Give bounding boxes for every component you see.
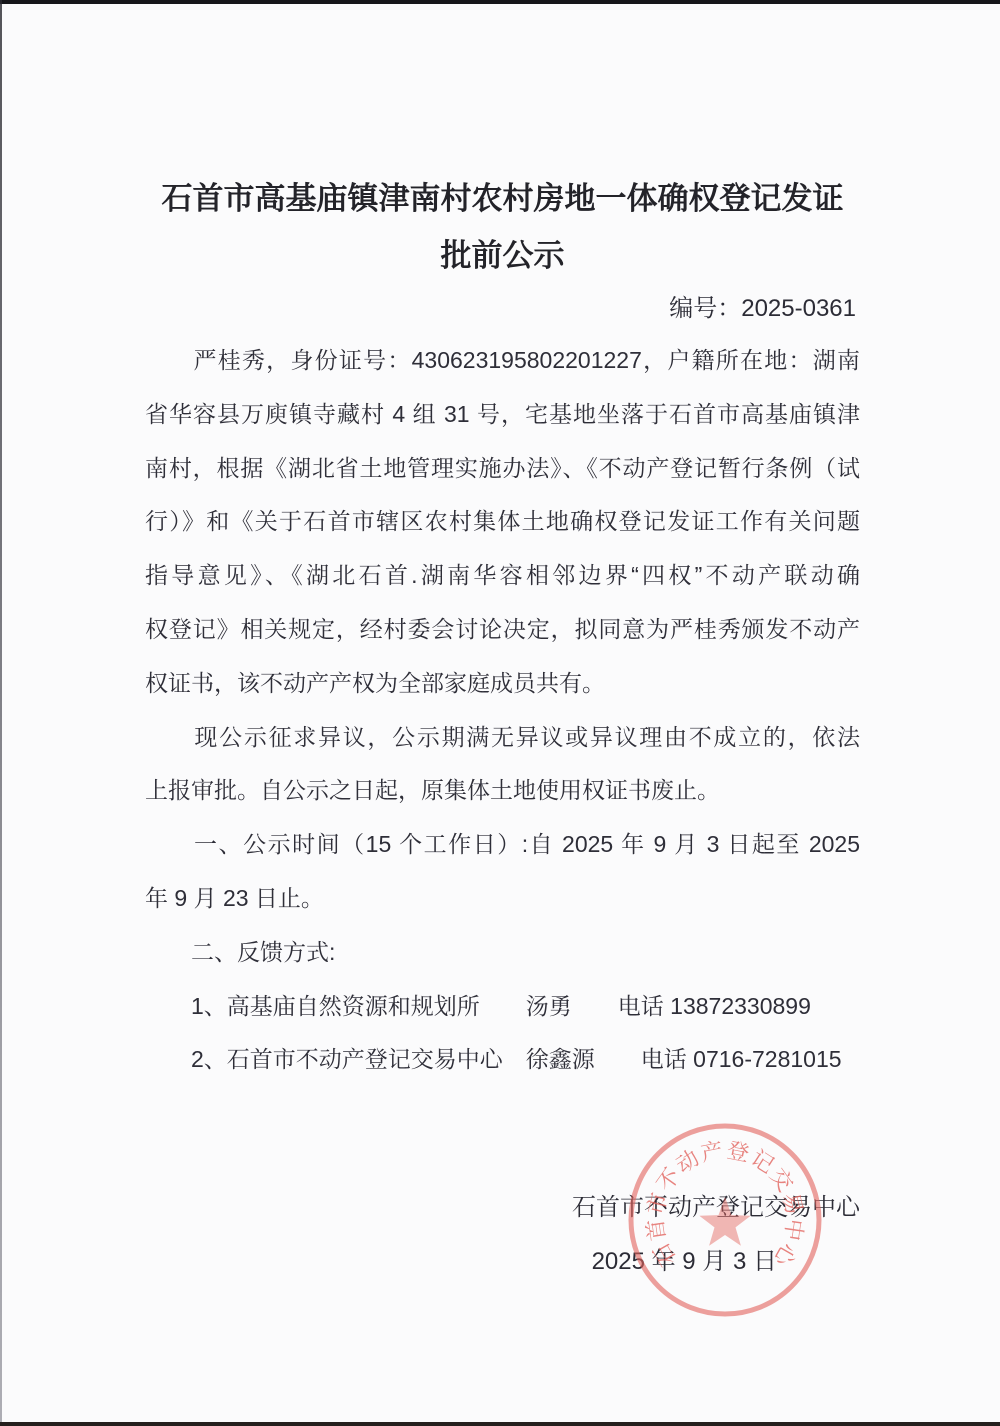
body-line: 一、公示时间（15 个工作日）:自 2025 年 9 月 3 日起至 2025 — [145, 818, 860, 872]
title-line-2: 批前公示 — [145, 227, 860, 284]
scan-edge-bottom — [0, 1422, 1000, 1426]
serial-number: 编号：2025-0361 — [145, 284, 860, 334]
body-line: 现公示征求异议，公示期满无异议或异议理由不成立的，依法 — [145, 711, 860, 765]
body-line: 二、反馈方式: — [145, 926, 860, 980]
body-text: 严桂秀，身份证号：430623195802201227，户籍所在地：湖南 省华容… — [145, 334, 860, 1087]
title-line-1: 石首市高基庙镇津南村农村房地一体确权登记发证 — [145, 170, 860, 227]
body-line: 年 9 月 23 日止。 — [145, 872, 860, 926]
body-line: 南村，根据《湖北省土地管理实施办法》、《不动产登记暂行条例（试 — [145, 442, 860, 496]
body-line: 权证书，该不动产产权为全部家庭成员共有。 — [145, 657, 860, 711]
scan-edge-left — [0, 0, 2, 1426]
body-line: 省华容县万庾镇寺藏村 4 组 31 号，宅基地坐落于石首市高基庙镇津 — [145, 388, 860, 442]
document-title: 石首市高基庙镇津南村农村房地一体确权登记发证 批前公示 — [145, 170, 860, 284]
signature-organization: 石首市不动产登记交易中心 — [145, 1181, 860, 1235]
body-line: 2、石首市不动产登记交易中心 徐鑫源 电话 0716-7281015 — [145, 1033, 860, 1087]
body-line: 行）》和《关于石首市辖区农村集体土地确权登记发证工作有关问题 — [145, 495, 860, 549]
scan-edge-top — [0, 0, 1000, 4]
body-line: 上报审批。自公示之日起，原集体土地使用权证书废止。 — [145, 764, 860, 818]
body-line: 严桂秀，身份证号：430623195802201227，户籍所在地：湖南 — [145, 334, 860, 388]
body-line: 权登记》相关规定，经村委会讨论决定，拟同意为严桂秀颁发不动产 — [145, 603, 860, 657]
signature-date: 2025 年 9 月 3 日 — [145, 1235, 860, 1289]
body-line: 指导意见》、《湖北石首.湖南华容相邻边界“四权”不动产联动确 — [145, 549, 860, 603]
notice-document: 石首市高基庙镇津南村农村房地一体确权登记发证 批前公示 编号：2025-0361… — [145, 0, 860, 1289]
body-line: 1、高基庙自然资源和规划所 汤勇 电话 13872330899 — [145, 980, 860, 1034]
